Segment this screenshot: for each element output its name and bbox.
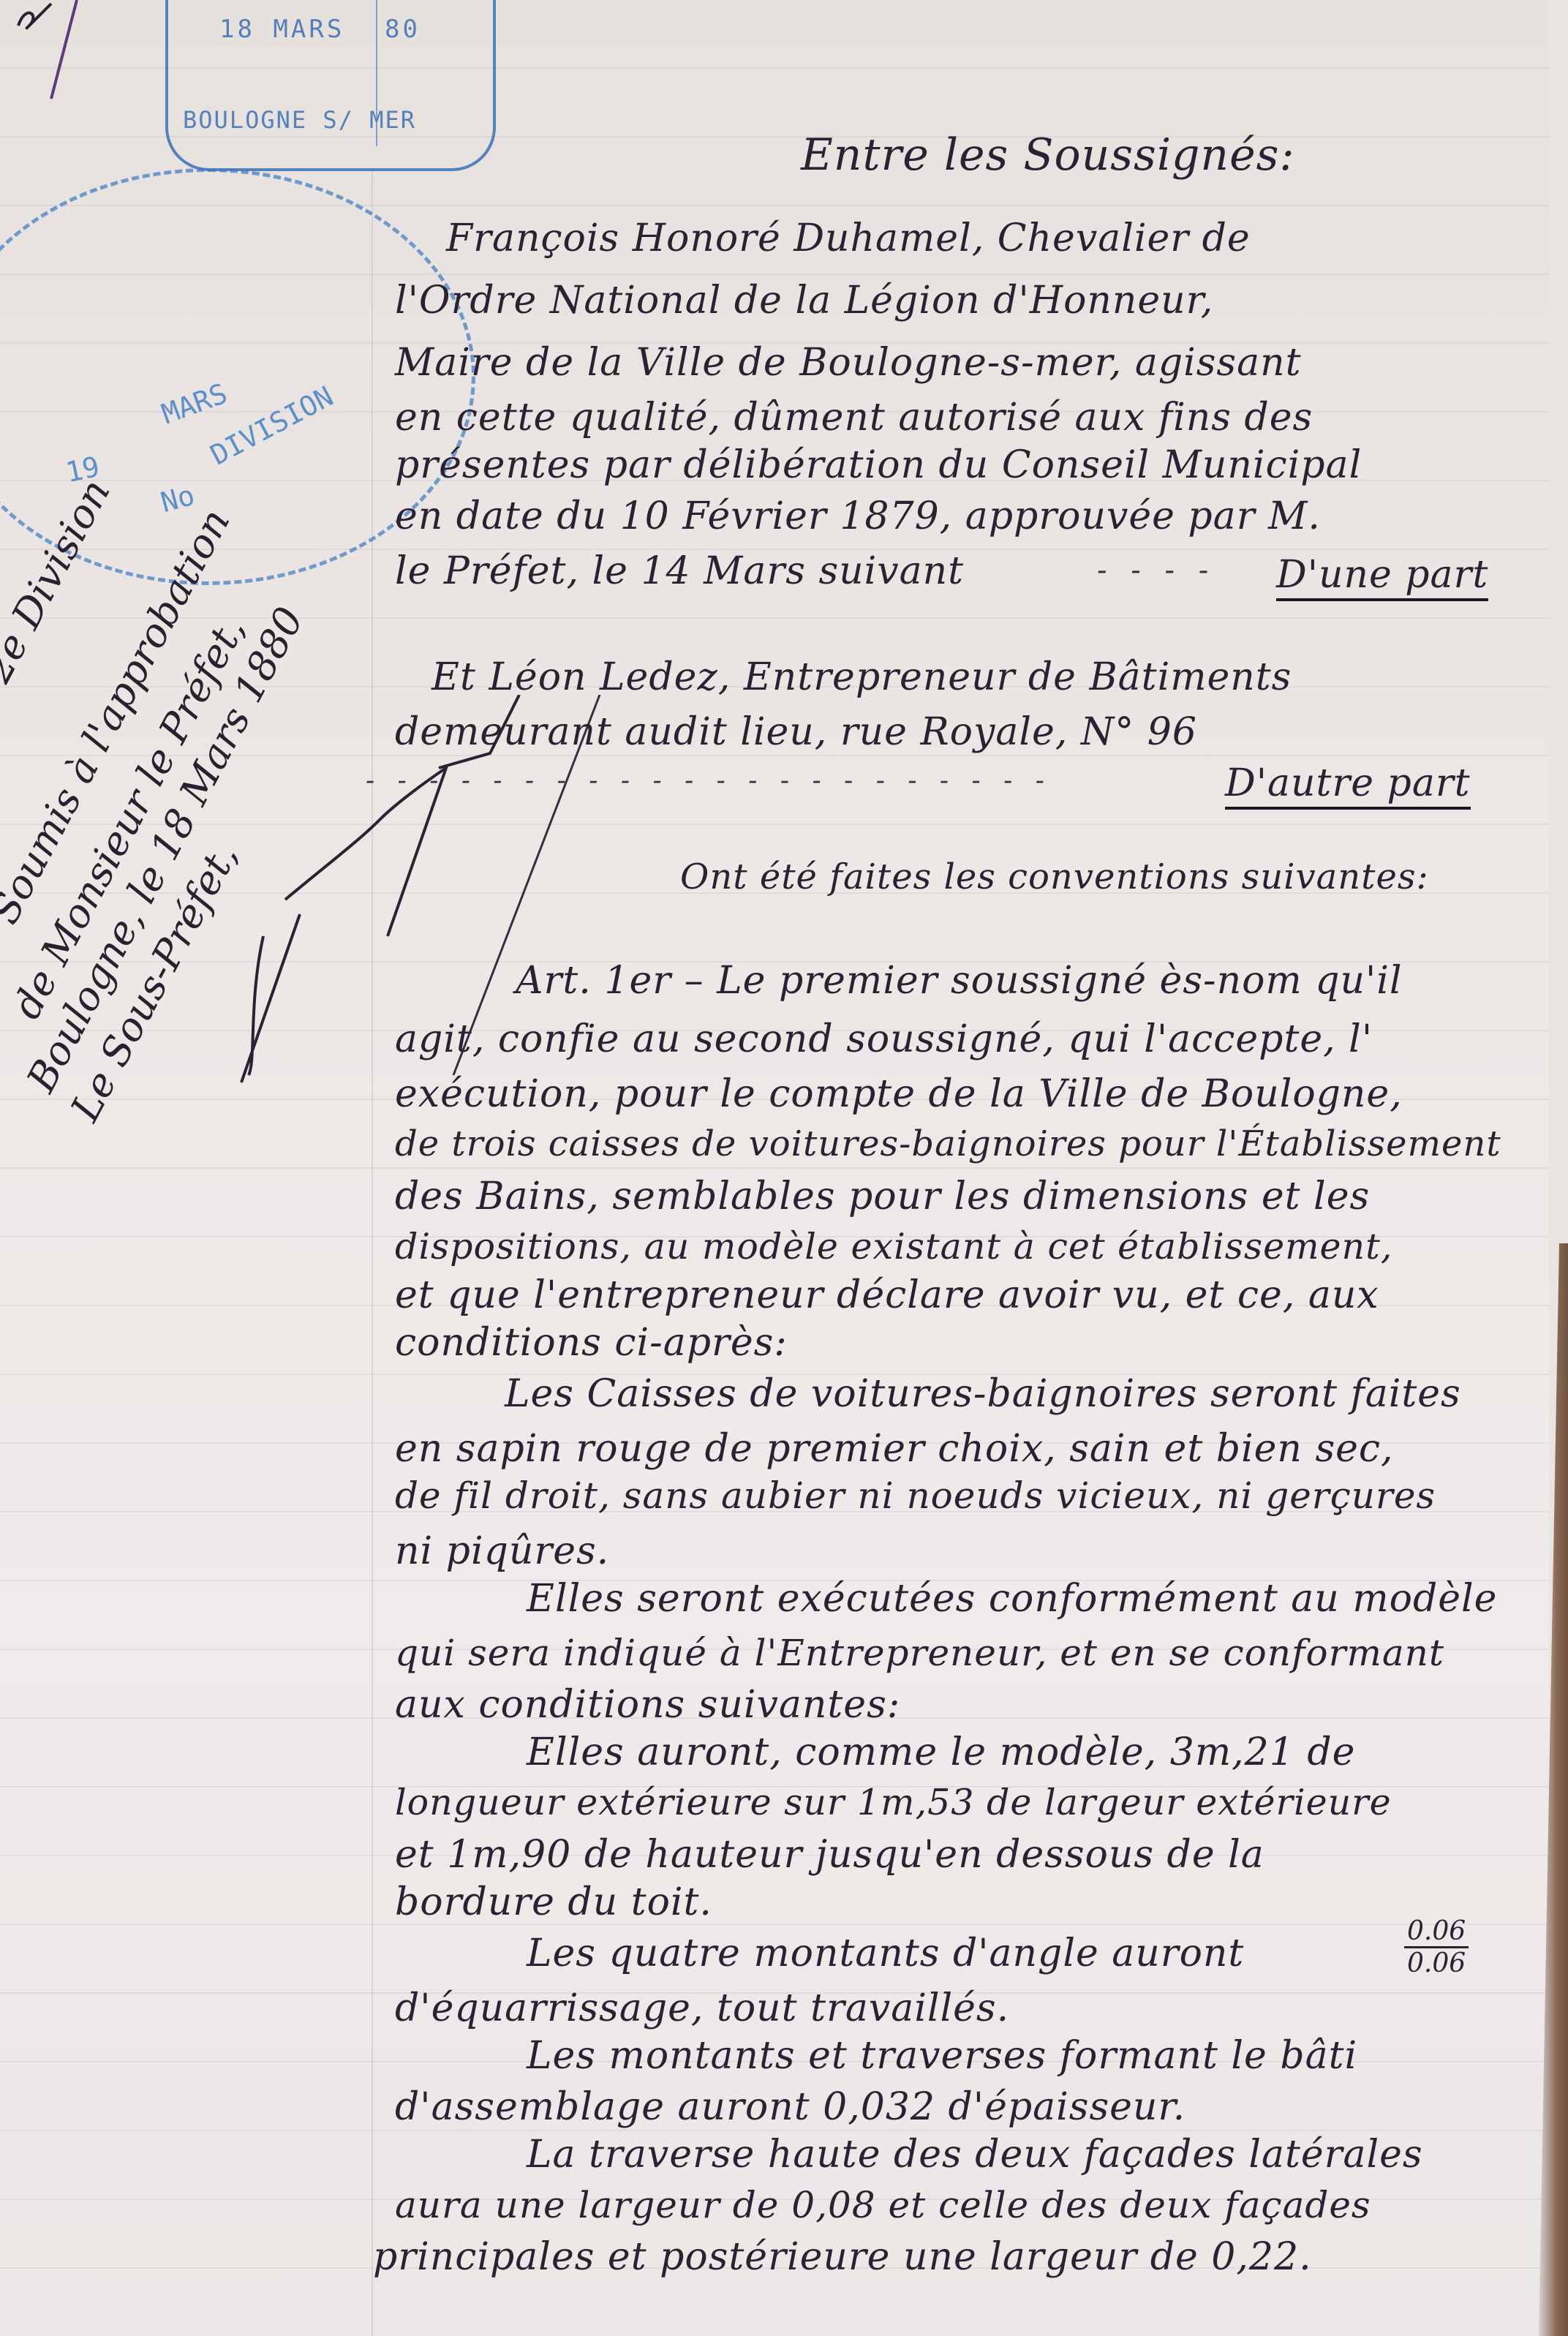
body-line: de trois caisses de voitures-baignoires … xyxy=(395,1126,1501,1161)
body-line: d'équarrissage, tout travaillés. xyxy=(395,1989,1009,2027)
body-line: Les montants et traverses formant le bât… xyxy=(527,2037,1357,2075)
body-line: en sapin rouge de premier choix, sain et… xyxy=(395,1430,1394,1468)
body-line: et que l'entrepreneur déclare avoir vu, … xyxy=(395,1276,1379,1314)
corner-mark-icon xyxy=(7,0,95,110)
party-two-line: Et Léon Ledez, Entrepreneur de Bâtiments xyxy=(431,658,1292,696)
party-one-line: Maire de la Ville de Boulogne-s-mer, agi… xyxy=(395,344,1302,382)
conventions-heading: Ont été faites les conventions suivantes… xyxy=(680,859,1429,894)
body-line: agit, confie au second soussigné, qui l'… xyxy=(395,1020,1373,1058)
body-line: des Bains, semblables pour les dimension… xyxy=(395,1178,1370,1216)
party-one-line: François Honoré Duhamel, Chevalier de xyxy=(446,219,1251,257)
document-page: 18 MARS 80 BOULOGNE S/ MER 19 MARS DIVIS… xyxy=(0,0,1549,2336)
party-one-line: présentes par délibération du Conseil Mu… xyxy=(395,446,1362,484)
body-line: Les Caisses de voitures-baignoires seron… xyxy=(505,1375,1461,1413)
body-line: ni piqûres. xyxy=(395,1532,609,1570)
body-line: Elles auront, comme le modèle, 3m,21 de xyxy=(527,1733,1355,1771)
body-line: longueur extérieure sur 1m,53 de largeur… xyxy=(395,1785,1392,1820)
party-one-line: le Préfet, le 14 Mars suivant xyxy=(395,552,964,590)
party-one-line: l'Ordre National de la Légion d'Honneur, xyxy=(395,282,1213,320)
party-one-line: en date du 10 Février 1879, approuvée pa… xyxy=(395,497,1321,535)
body-line: exécution, pour le compte de la Ville de… xyxy=(395,1075,1403,1113)
body-line: principales et postérieure une largeur d… xyxy=(373,2238,1312,2276)
body-line: dispositions, au modèle existant à cet é… xyxy=(395,1229,1392,1265)
body-line: d'assemblage auront 0,032 d'épaisseur. xyxy=(395,2088,1186,2126)
contract-heading: Entre les Soussignés: xyxy=(801,133,1295,177)
party-one-dashes: - - - - xyxy=(1097,556,1215,585)
stamp-year: 80 xyxy=(385,15,421,44)
body-line: aux conditions suivantes: xyxy=(395,1686,900,1724)
date-stamp: 18 MARS 80 BOULOGNE S/ MER xyxy=(165,0,496,171)
squaring-fraction: 0.06 0.06 xyxy=(1404,1916,1469,1978)
party-one-label: D'une part xyxy=(1276,556,1488,601)
body-line: Les quatre montants d'angle auront xyxy=(527,1934,1244,1973)
fraction-denominator: 0.06 xyxy=(1404,1948,1469,1978)
body-line: Elles seront exécutées conformément au m… xyxy=(527,1580,1497,1618)
body-line: conditions ci-après: xyxy=(395,1324,788,1362)
body-line: bordure du toit. xyxy=(395,1883,712,1921)
fraction-numerator: 0.06 xyxy=(1404,1916,1469,1948)
party-two-label: D'autre part xyxy=(1225,764,1471,810)
stamp-date: 18 MARS xyxy=(219,15,344,44)
party-two-dashes: - - - - - - - - - - - - - - - - - - - - … xyxy=(366,768,1052,794)
body-line: aura une largeur de 0,08 et celle des de… xyxy=(395,2187,1371,2223)
body-line: Art. 1er – Le premier soussigné ès-nom q… xyxy=(516,962,1403,1000)
body-line: La traverse haute des deux façades latér… xyxy=(527,2136,1423,2174)
body-line: qui sera indiqué à l'Entrepreneur, et en… xyxy=(395,1635,1444,1671)
body-line: de fil droit, sans aubier ni noeuds vici… xyxy=(395,1477,1436,1514)
party-two-line: demeurant audit lieu, rue Royale, N° 96 xyxy=(395,713,1197,751)
stamp-city: BOULOGNE S/ MER xyxy=(183,106,416,134)
body-line: et 1m,90 de hauteur jusqu'en dessous de … xyxy=(395,1836,1264,1874)
party-one-line: en cette qualité, dûment autorisé aux fi… xyxy=(395,399,1313,437)
